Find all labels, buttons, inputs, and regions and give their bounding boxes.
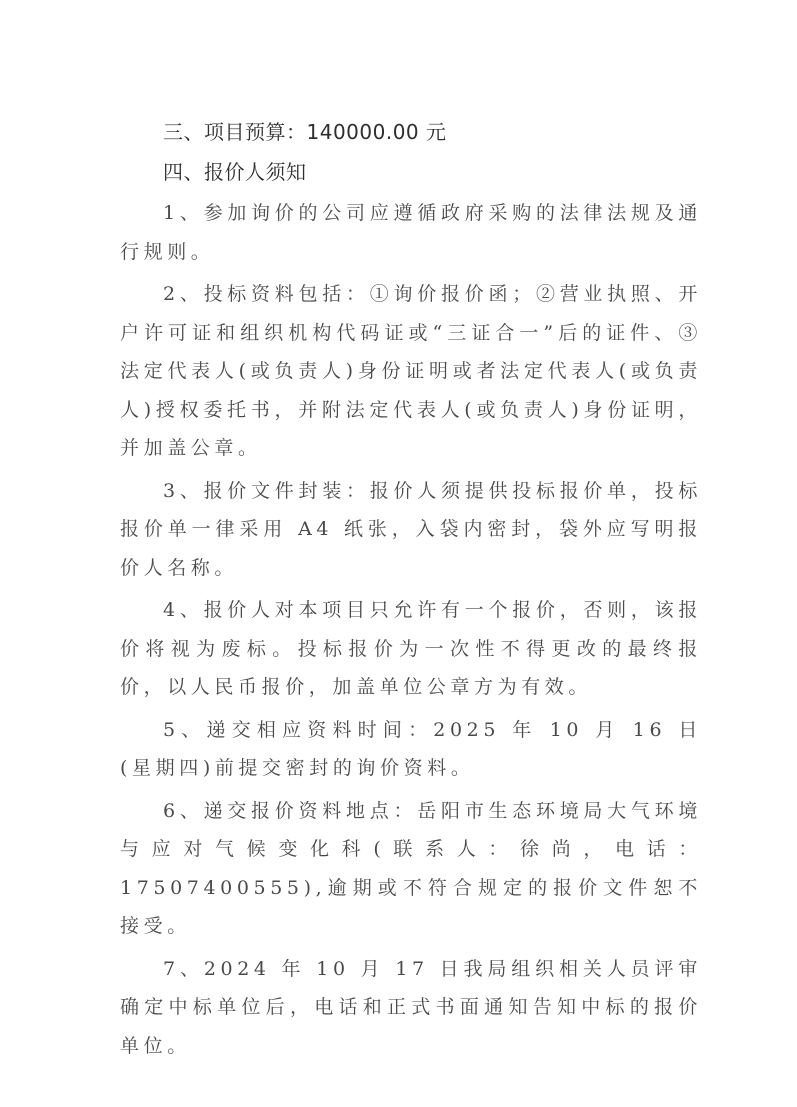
notice-item-1: 1、参加询价的公司应遵循政府采购的法律法规及通行规则。 — [120, 194, 702, 271]
notice-item-2: 2、投标资料包括：①询价报价函；②营业执照、开户许可证和组织机构代码证或“三证合… — [120, 275, 702, 468]
notice-item-7: 7、2024 年 10 月 17 日我局组织相关人员评审确定中标单位后，电话和正… — [120, 950, 702, 1066]
notice-item-3: 3、报价文件封装：报价人须提供投标报价单，投标报价单一律采用 A4 纸张，入袋内… — [120, 472, 702, 588]
section-heading-bidder-notice: 四、报价人须知 — [120, 152, 702, 192]
notice-item-6: 6、递交报价资料地点：岳阳市生态环境局大气环境与应对气候变化科(联系人：徐尚，电… — [120, 792, 702, 946]
notice-item-4: 4、报价人对本项目只允许有一个报价，否则，该报价将视为废标。投标报价为一次性不得… — [120, 591, 702, 707]
notice-item-5: 5、递交相应资料时间：2025 年 10 月 16 日(星期四)前提交密封的询价… — [120, 711, 702, 788]
section-heading-budget: 三、项目预算：140000.00 元 — [120, 112, 702, 152]
document-page: 三、项目预算：140000.00 元 四、报价人须知 1、参加询价的公司应遵循政… — [120, 112, 702, 1065]
